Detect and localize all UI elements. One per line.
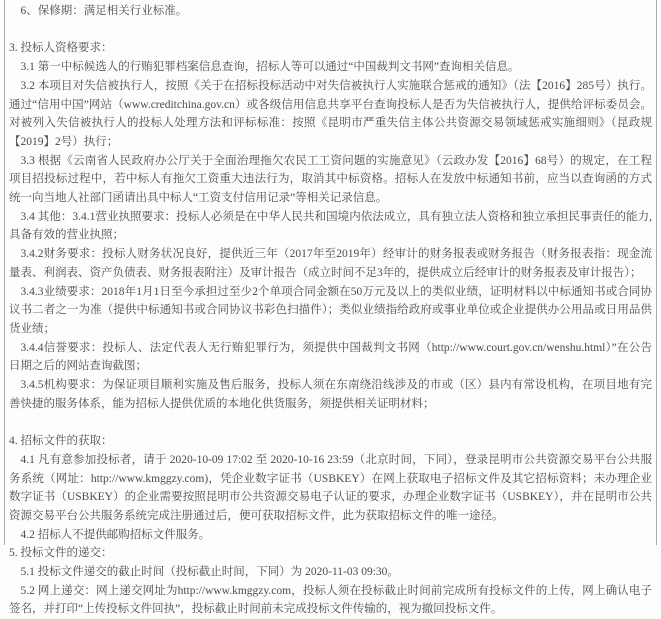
clause-3-4-4: 3.4.4信誉要求：投标人、法定代表人无行贿犯罪行为，须提供中国裁判文书网（ht…	[9, 339, 652, 376]
clause-3-4-5: 3.4.5机构要求：为保证项目顺利实施及售后服务，投标人须在东南绕沿线涉及的市或…	[9, 376, 652, 413]
clause-3-4: 3.4 其他：3.4.1营业执照要求：投标人必须是在中华人民共和国境内依法成立，…	[9, 208, 652, 245]
clause-3-4-2: 3.4.2财务要求：投标人财务状况良好，提供近三年（2017年至2019年）经审…	[9, 245, 652, 282]
clause-4-2: 4.2 招标人不提供邮购招标文件服务。	[9, 526, 652, 545]
clause-3-2: 3.2 本项目对失信被执行人，按照《关于在招标投标活动中对失信被执行人实施联合惩…	[9, 77, 652, 152]
clause-3-1: 3.1 第一中标候选人的行贿犯罪档案信息查询，招标人等可以通过“中国裁判文书网”…	[9, 58, 652, 77]
section-3-heading: 3. 投标人资格要求：	[9, 39, 652, 58]
clause-3-3: 3.3 根据《云南省人民政府办公厅关于全面治理拖欠农民工工资问题的实施意见》（云…	[9, 152, 652, 208]
clause-3-4-3: 3.4.3业绩要求：2018年1月1日至今承担过至少2个单项合同金额在50万元及…	[9, 283, 652, 339]
clause-warranty-6: 6、保修期：满足相关行业标准。	[9, 2, 652, 21]
section-4-heading: 4. 招标文件的获取：	[9, 432, 652, 451]
clause-4-1: 4.1 凡有意参加投标者，请于 2020-10-09 17:02 至 2020-…	[9, 451, 652, 526]
tender-notice-page: 6、保修期：满足相关行业标准。 3. 投标人资格要求： 3.1 第一中标候选人的…	[4, 0, 657, 545]
